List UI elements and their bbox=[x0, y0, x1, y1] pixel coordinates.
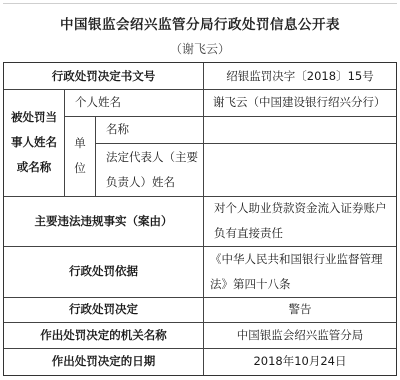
legal-rep-label: 法定代表人（主要 负责人）姓名 bbox=[96, 143, 203, 196]
basis-value-line: 法》第四十八条 bbox=[210, 272, 291, 297]
authority-label: 作出处罚决定的机关名称 bbox=[4, 322, 203, 348]
penalty-info-table: 行政处罚决定书文号 绍银监罚决字〔2018〕15号 被处罚当 事人姓名 或名称 … bbox=[3, 62, 397, 376]
date-label: 作出处罚决定的日期 bbox=[4, 348, 203, 375]
top-divider bbox=[3, 3, 397, 4]
unit-label-line: 单 bbox=[74, 131, 86, 156]
decision-number-value: 绍银监罚决字〔2018〕15号 bbox=[204, 63, 396, 89]
individual-name-label: 个人姓名 bbox=[65, 89, 203, 116]
violation-label: 主要违法违规事实（案由） bbox=[4, 196, 203, 246]
decision-label: 行政处罚决定 bbox=[4, 297, 203, 322]
unit-label: 单 位 bbox=[65, 116, 95, 196]
legal-rep-label-line: 法定代表人（主要 bbox=[106, 145, 198, 170]
violation-value-line: 对个人助业贷款资金流入证券账户 bbox=[214, 196, 387, 221]
violation-value-line: 负有直接责任 bbox=[214, 221, 283, 246]
party-label-line: 被处罚当 bbox=[11, 105, 57, 130]
basis-value: 《中华人民共和国银行业监督管理 法》第四十八条 bbox=[204, 246, 396, 297]
basis-value-line: 《中华人民共和国银行业监督管理 bbox=[210, 247, 383, 272]
decision-number-label: 行政处罚决定书文号 bbox=[4, 63, 203, 89]
unit-name-value bbox=[204, 116, 396, 143]
page-title: 中国银监会绍兴监管分局行政处罚信息公开表 bbox=[0, 13, 400, 33]
unit-label-line: 位 bbox=[74, 156, 86, 181]
authority-value: 中国银监会绍兴监管分局 bbox=[204, 322, 396, 348]
party-label: 被处罚当 事人姓名 或名称 bbox=[4, 89, 64, 196]
individual-name-value: 谢飞云（中国建设银行绍兴分行） bbox=[204, 89, 396, 116]
legal-rep-label-line: 负责人）姓名 bbox=[106, 170, 175, 195]
date-value: 2018年10月24日 bbox=[204, 348, 396, 375]
party-label-line: 或名称 bbox=[17, 155, 52, 180]
unit-name-label: 名称 bbox=[96, 116, 203, 143]
basis-label: 行政处罚依据 bbox=[4, 246, 203, 297]
decision-value: 警告 bbox=[204, 297, 396, 322]
legal-rep-value bbox=[204, 143, 396, 196]
violation-value: 对个人助业贷款资金流入证券账户 负有直接责任 bbox=[204, 196, 396, 246]
page-subtitle: （谢飞云） bbox=[0, 40, 400, 57]
party-label-line: 事人姓名 bbox=[11, 130, 57, 155]
